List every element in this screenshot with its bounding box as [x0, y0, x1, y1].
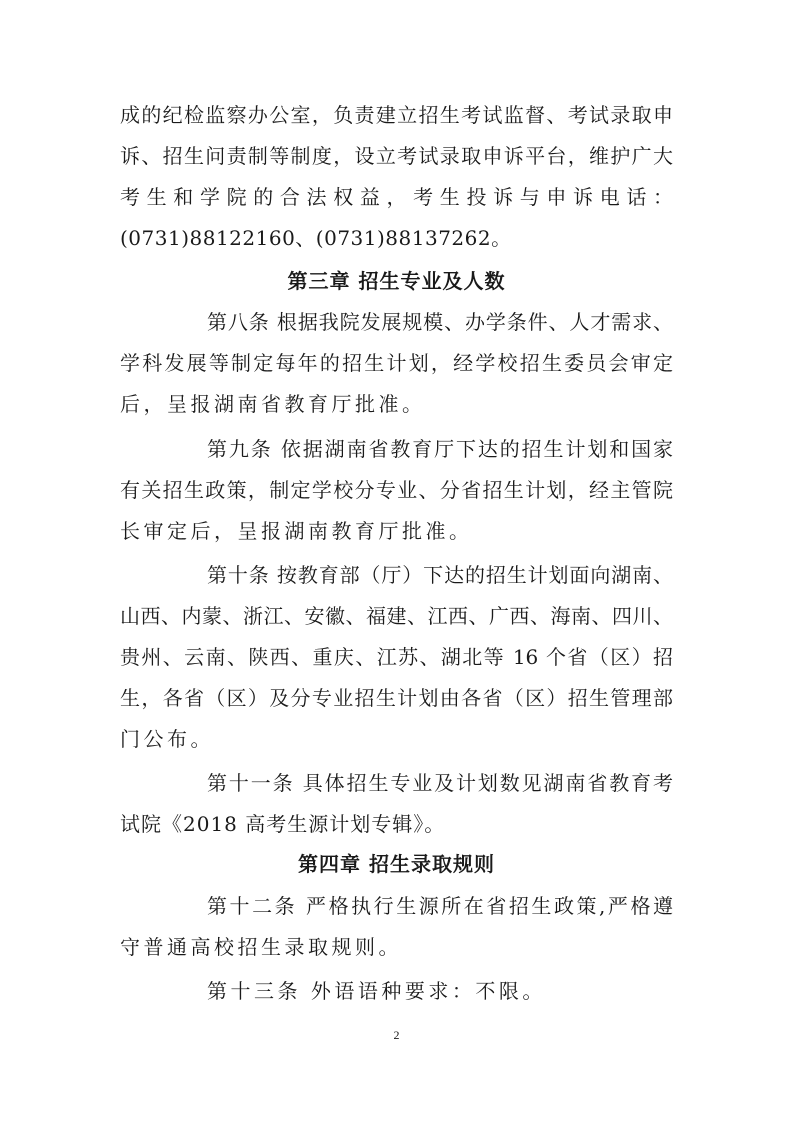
article-13-line-1: 第十三条 外语语种要求：不限。	[207, 976, 673, 1006]
article-10-line-4: 生，各省（区）及分专业招生计划由各省（区）招生管理部	[120, 683, 673, 713]
article-10-line-5: 门公布。	[120, 724, 673, 754]
chapter-4-heading: 第四章 招生录取规则	[0, 849, 793, 879]
article-10-line-2: 山西、内蒙、浙江、安徽、福建、江西、广西、海南、四川、	[120, 601, 673, 631]
article-9-line-1: 第九条 依据湖南省教育厅下达的招生计划和国家	[207, 434, 673, 464]
article-10-line-1: 第十条 按教育部（厅）下达的招生计划面向湖南、	[207, 560, 673, 590]
article-10-line-3: 贵州、云南、陕西、重庆、江苏、湖北等 16 个省（区）招	[120, 642, 673, 672]
article-9-line-2: 有关招生政策，制定学校分专业、分省招生计划，经主管院	[120, 475, 673, 505]
article-9-line-3: 长审定后，呈报湖南教育厅批准。	[120, 516, 673, 546]
article-11-line-2: 试院《2018 高考生源计划专辑》。	[120, 809, 673, 839]
article-8-line-2: 学科发展等制定每年的招生计划，经学校招生委员会审定	[120, 348, 673, 378]
article-12-line-2: 守普通高校招生录取规则。	[120, 932, 673, 962]
chapter-3-heading: 第三章 招生专业及人数	[0, 266, 793, 296]
article-11-line-1: 第十一条 具体招生专业及计划数见湖南省教育考	[207, 768, 673, 798]
phone-numbers-line: (0731)88122160、(0731)88137262。	[120, 223, 673, 253]
page-number: 2	[0, 1027, 793, 1043]
article-12-line-1: 第十二条 严格执行生源所在省招生政策,严格遵	[207, 891, 673, 921]
paragraph-line: 考生和学院的合法权益，考生投诉与申诉电话：	[120, 182, 673, 212]
document-page: 成的纪检监察办公室，负责建立招生考试监督、考试录取申 诉、招生问责制等制度，设立…	[0, 0, 793, 1122]
paragraph-line: 成的纪检监察办公室，负责建立招生考试监督、考试录取申	[120, 100, 673, 130]
paragraph-line: 诉、招生问责制等制度，设立考试录取申诉平台，维护广大	[120, 141, 673, 171]
article-8-line-1: 第八条 根据我院发展规模、办学条件、人才需求、	[207, 307, 673, 337]
article-8-line-3: 后，呈报湖南省教育厅批准。	[120, 389, 673, 419]
